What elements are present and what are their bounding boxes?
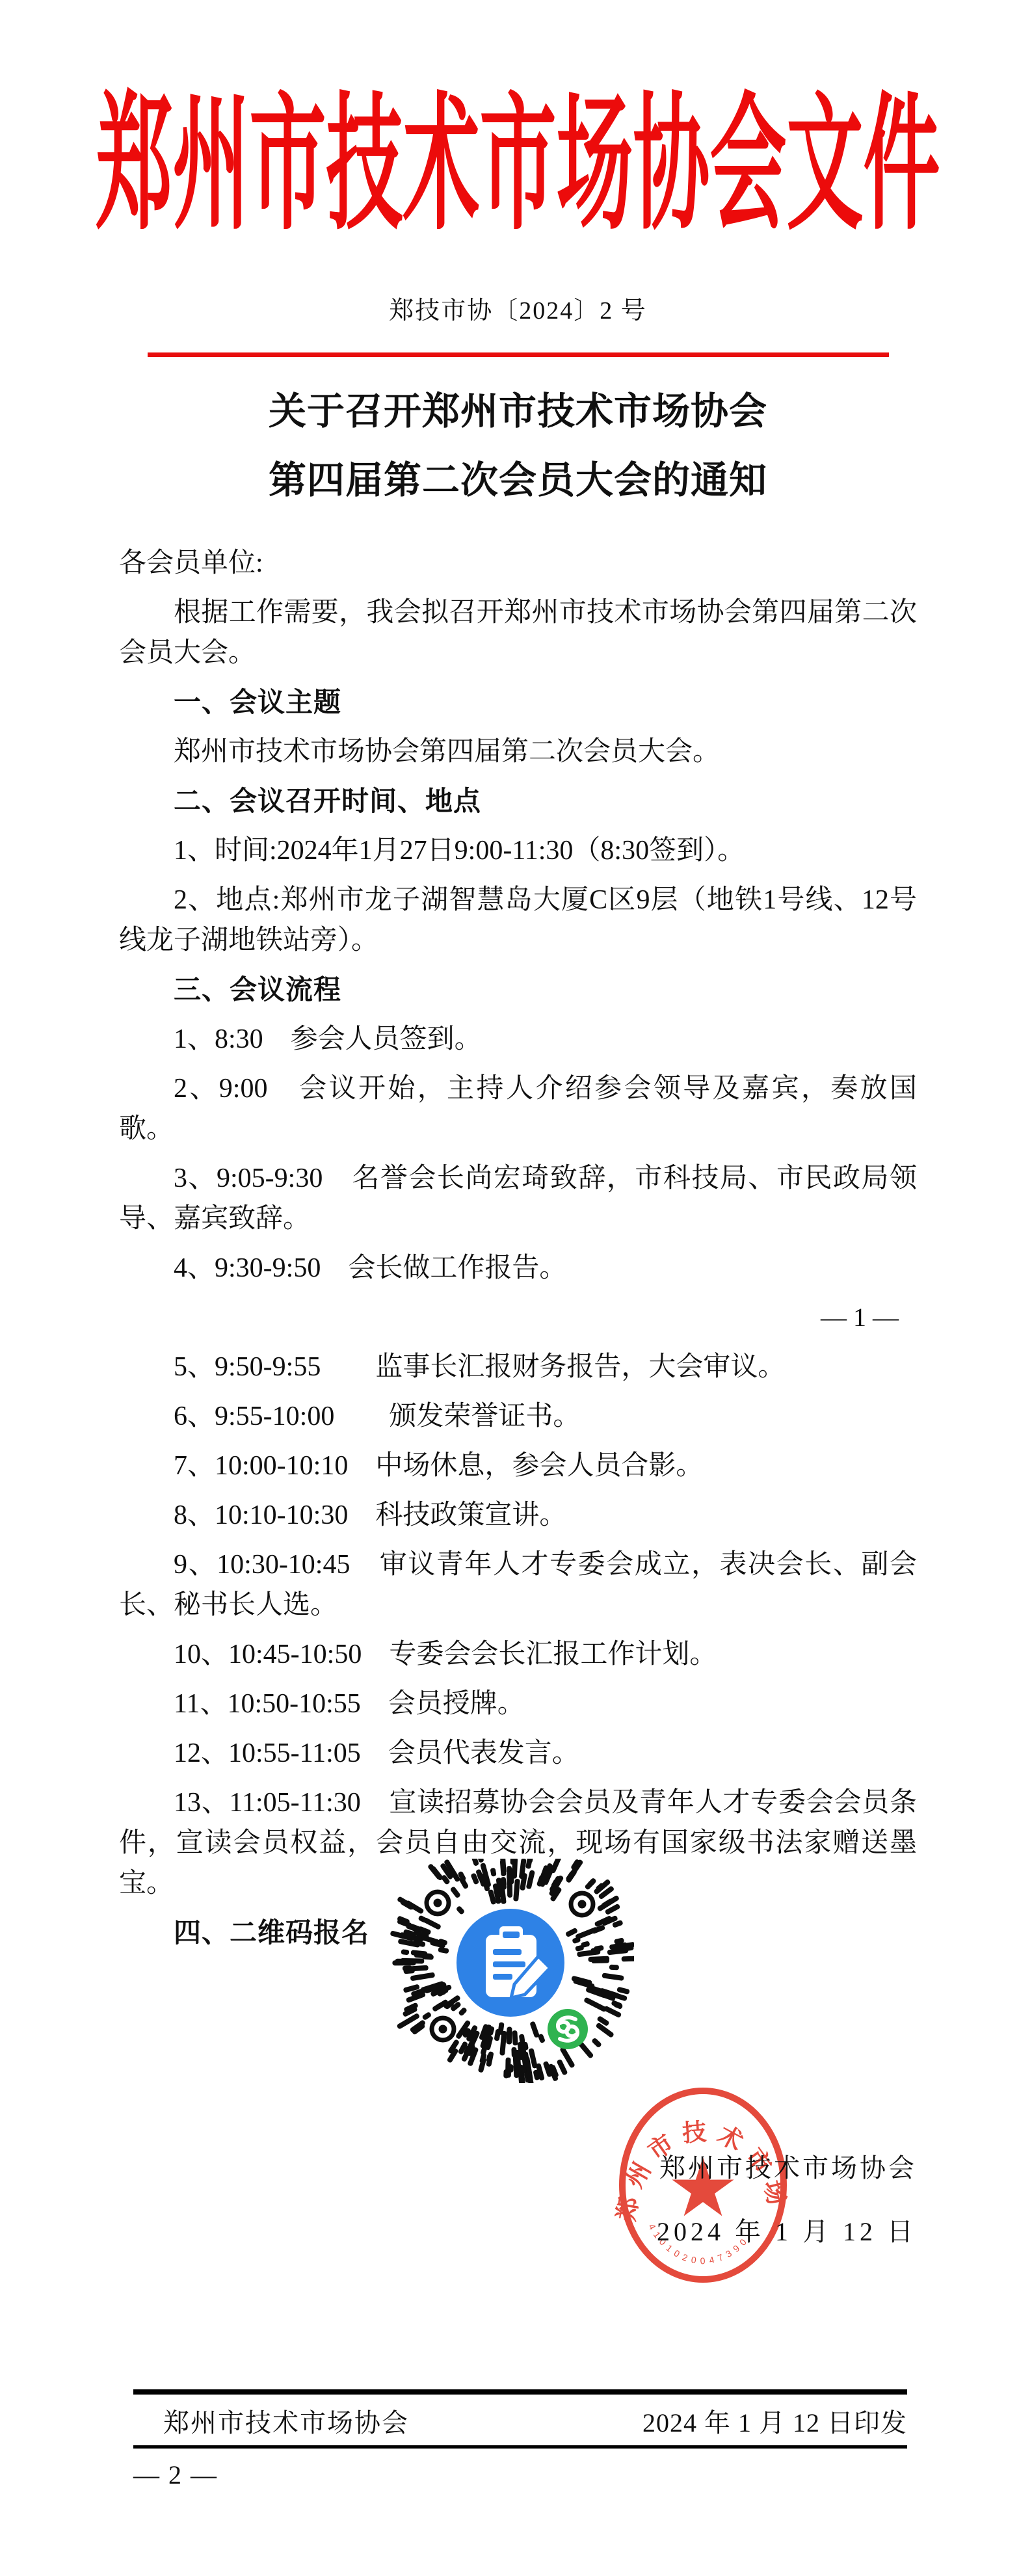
footer-print-date: 2024 年 1 月 12 日印发 <box>642 2402 907 2439</box>
flow-item: 8、10:10-10:30 科技政策宣讲。 <box>119 1495 917 1535</box>
page-1-marker: — 1 — <box>119 1297 899 1338</box>
flow-item: 12、10:55-11:05 会员代表发言。 <box>119 1733 917 1773</box>
official-seal: 郑州市技术市场协会 4101020047390 <box>615 2084 791 2286</box>
flow-item: 7、10:00-10:10 中场休息，参会人员合影。 <box>119 1446 917 1486</box>
flow-item: 11、10:50-10:55 会员授牌。 <box>119 1684 917 1724</box>
flow-item: 6、9:55-10:00 颁发荣誉证书。 <box>119 1396 917 1437</box>
qr-center-clipboard-icon <box>456 1909 564 2017</box>
flow-item: 2、9:00 会议开始，主持人介绍参会领导及嘉宾，奏放国歌。 <box>119 1069 917 1149</box>
flow-item: 1、8:30 参会人员签到。 <box>119 1019 917 1059</box>
doc-title-line-2: 第四届第二次会员大会的通知 <box>119 460 917 501</box>
flow-item: 2、地点:郑州市龙子湖智慧岛大厦C区9层（地铁1号线、12号线龙子湖地铁站旁）。 <box>119 880 917 961</box>
section2-items: 1、时间:2024年1月27日9:00-11:30（8:30签到）。2、地点:郑… <box>119 830 917 961</box>
red-divider-rule <box>148 352 889 357</box>
flow-item: 10、10:45-10:50 专委会会长汇报工作计划。 <box>119 1634 917 1675</box>
flow-item: 5、9:50-9:55 监事长汇报财务报告，大会审议。 <box>119 1347 917 1387</box>
qr-eye-top-left-icon <box>427 1892 449 1914</box>
section3-heading: 三、会议流程 <box>119 970 917 1010</box>
signature-date: 2024 年 1 月 12 日 <box>0 2211 1025 2248</box>
qr-eye-top-right-icon <box>571 1893 593 1915</box>
qr-eye-bottom-left-icon <box>432 2018 454 2040</box>
masthead-title: 郑州市技术市场协会文件 <box>96 92 940 239</box>
document-content: 郑州市技术市场协会文件 郑技市协〔2024〕2 号 关于召开郑州市技术市场协会 … <box>0 90 1032 1953</box>
page-2-number: — 2 — <box>133 2460 218 2490</box>
footer-rule-top <box>133 2389 907 2395</box>
section1-body: 郑州市技术市场协会第四届第二次会员大会。 <box>119 732 917 772</box>
section3-items-page1: 1、8:30 参会人员签到。2、9:00 会议开始，主持人介绍参会领导及嘉宾，奏… <box>119 1019 917 1288</box>
section1-heading: 一、会议主题 <box>119 682 917 723</box>
flow-item: 9、10:30-10:45 审议青年人才专委会成立，表决会长、副会长、秘书长人选… <box>119 1545 917 1625</box>
signature-org: 郑州市技术市场协会 <box>0 2147 1001 2184</box>
doc-title-line-1: 关于召开郑州市技术市场协会 <box>119 391 917 432</box>
section3-items-page2: 5、9:50-9:55 监事长汇报财务报告，大会审议。6、9:55-10:00 … <box>119 1347 917 1904</box>
flow-item: 1、时间:2024年1月27日9:00-11:30（8:30签到）。 <box>119 830 917 871</box>
footer-rule-bottom <box>133 2445 907 2449</box>
wechat-miniprogram-qr-code <box>387 1859 634 2083</box>
masthead: 郑州市技术市场协会文件 <box>119 90 917 241</box>
footer-row: 郑州市技术市场协会 2024 年 1 月 12 日印发 <box>133 2401 907 2440</box>
flow-item: 4、9:30-9:50 会长做工作报告。 <box>119 1248 917 1288</box>
salutation: 各会员单位: <box>119 543 917 583</box>
footer-org: 郑州市技术市场协会 <box>133 2402 409 2439</box>
intro-paragraph: 根据工作需要，我会拟召开郑州市技术市场协会第四届第二次会员大会。 <box>119 592 917 673</box>
doc-number: 郑技市协〔2024〕2 号 <box>119 295 917 326</box>
document-page: 郑州市技术市场协会文件 郑技市协〔2024〕2 号 关于召开郑州市技术市场协会 … <box>0 0 1032 2576</box>
section2-heading: 二、会议召开时间、地点 <box>119 781 917 821</box>
wechat-badge-icon <box>548 2009 588 2049</box>
flow-item: 3、9:05-9:30 名誉会长尚宏琦致辞，市科技局、市民政局领导、嘉宾致辞。 <box>119 1158 917 1239</box>
